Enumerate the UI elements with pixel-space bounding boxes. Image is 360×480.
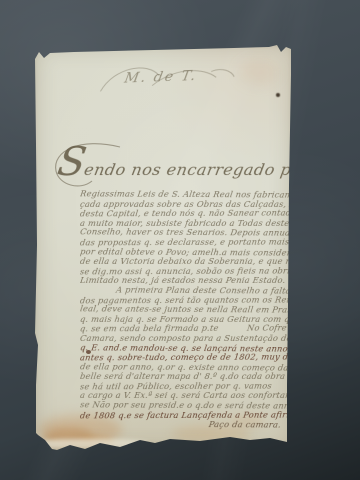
paper-stain	[239, 59, 279, 85]
photo-background: M. de T. Sendo nos encarregado pellas. R…	[0, 0, 360, 480]
torn-edge-highlight	[36, 439, 148, 449]
manuscript-paper: M. de T. Sendo nos encarregado pellas. R…	[34, 45, 292, 451]
monogram-text: M. de T.	[123, 68, 198, 87]
paper-stain	[44, 427, 94, 449]
manuscript-body: Regiassimas Leis de S. Alteza Real nos f…	[80, 190, 289, 430]
paper-hole	[276, 93, 280, 97]
paper-stain	[80, 435, 114, 449]
document-heading: Sendo nos encarregado pellas.	[55, 148, 290, 179]
manuscript-line: Paço da camara.	[80, 420, 289, 430]
heading-monogram: M. de T.	[94, 56, 241, 103]
